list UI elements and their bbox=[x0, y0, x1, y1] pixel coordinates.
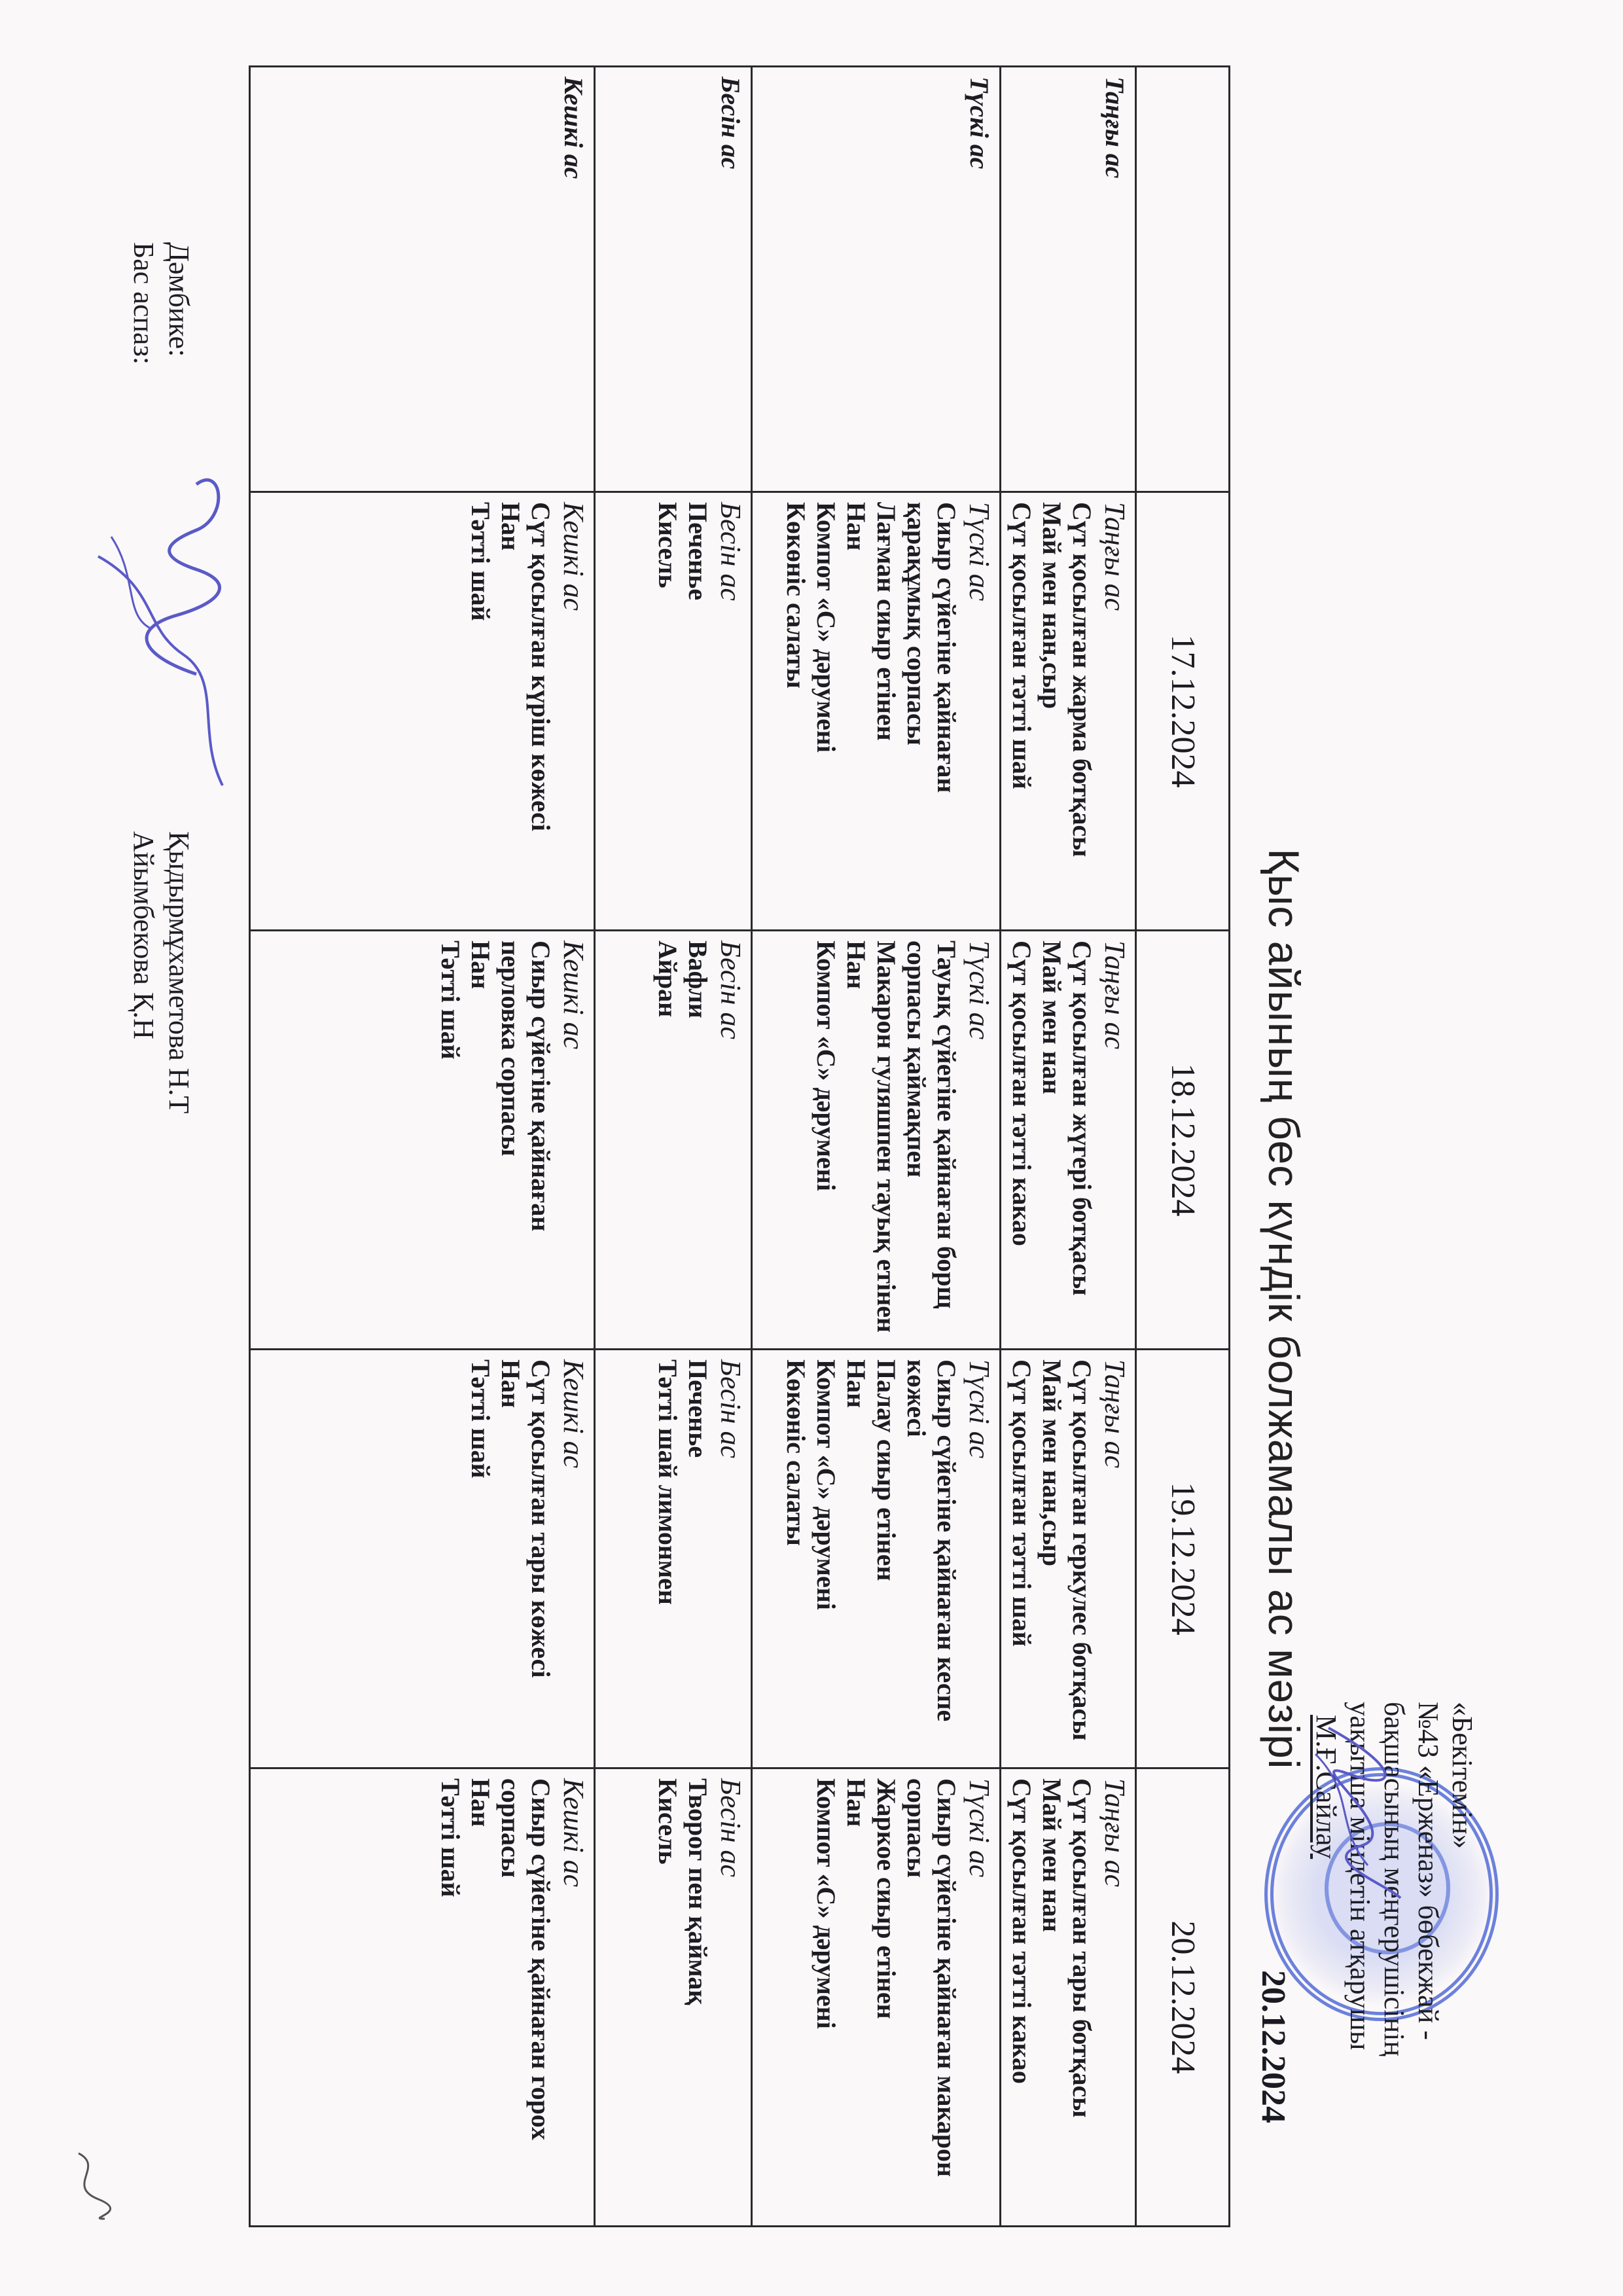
signature-role: Дәмбике: bbox=[161, 242, 196, 439]
meal-heading: Түскі ас bbox=[964, 941, 994, 1339]
menu-table: 17.12.2024 18.12.2024 19.12.2024 20.12.2… bbox=[249, 65, 1230, 2227]
dish-list: Сиыр сүйегіне қайнаған кеспе көжесіПалау… bbox=[781, 1359, 961, 1758]
date-header: 17.12.2024 bbox=[1136, 492, 1230, 931]
meal-label: Бесін ас bbox=[595, 67, 752, 492]
dish-item: Сүт қосылған күріш көжесі bbox=[526, 502, 556, 920]
meal-cell: Таңғы асСүт қосылған жарма ботқасыМай ме… bbox=[1001, 492, 1136, 931]
meal-cell: Кешкі асСүт қосылған тары көжесіНанТәтті… bbox=[250, 1350, 595, 1768]
date-header: 20.12.2024 bbox=[1136, 1768, 1230, 2227]
dish-item: Тәтті шай bbox=[465, 1359, 495, 1758]
dish-item: Творог пен қаймақ bbox=[683, 1778, 713, 2216]
dish-item: Сиыр сүйегіне қайнаған горох сорпасы bbox=[495, 1778, 556, 2216]
meal-heading: Таңғы ас bbox=[1099, 1359, 1130, 1758]
approval-line: «Бекітемін» bbox=[1445, 1702, 1479, 2225]
meal-heading: Бесін ас bbox=[715, 502, 745, 920]
dish-item: Компот «С» дәрумені bbox=[811, 941, 841, 1339]
dish-list: ПеченьеТәтті шай лимонмен bbox=[652, 1359, 713, 1758]
corner-mark-icon bbox=[59, 2147, 118, 2225]
dish-item: Май мен нан,сыр bbox=[1037, 1359, 1067, 1758]
dish-item: Тәтті шай bbox=[435, 1778, 465, 2216]
meal-heading: Кешкі ас bbox=[558, 502, 588, 920]
dish-item: Кисель bbox=[652, 502, 683, 920]
date-header: 19.12.2024 bbox=[1136, 1350, 1230, 1768]
dish-list: Сүт қосылған күріш көжесіНанТәтті шай bbox=[465, 502, 556, 920]
dish-item: Сүт қосылған геркулес ботқасы bbox=[1067, 1359, 1097, 1758]
dish-item: Сүт қосылған тәтті какао bbox=[1007, 1778, 1037, 2216]
meal-heading: Таңғы ас bbox=[1099, 1778, 1130, 2216]
dish-list: Сүт қосылған тары ботқасыМай мен нанСүт … bbox=[1007, 1778, 1097, 2216]
corner-cell bbox=[1136, 67, 1230, 492]
dish-list: Сиыр сүйегіне қайнаған горох сорпасыНанТ… bbox=[435, 1778, 556, 2216]
meal-cell: Бесін асТворог пен қаймақКисель bbox=[595, 1768, 752, 2227]
signature-role: Бас аспаз: bbox=[126, 242, 161, 439]
meal-cell: Кешкі асСиыр сүйегіне қайнаған горох сор… bbox=[250, 1768, 595, 2227]
meal-heading: Бесін ас bbox=[715, 1359, 745, 1758]
dish-item: Палау сиыр етінен bbox=[871, 1359, 901, 1758]
dish-item: Сиыр сүйегіне қайнаған макарон сорпасы bbox=[901, 1778, 961, 2216]
dish-item: Сиыр сүйегіне қайнаған қарақұмық сорпасы bbox=[901, 502, 961, 920]
meal-label: Түскі ас bbox=[752, 67, 1001, 492]
dish-item: Май мен нан bbox=[1037, 941, 1067, 1339]
dish-list: Сиыр сүйегіне қайнаған макарон сорпасыЖа… bbox=[811, 1778, 961, 2216]
dish-item: Көкөніс салаты bbox=[781, 502, 811, 920]
dish-list: Сүт қосылған тары көжесіНанТәтті шай bbox=[465, 1359, 556, 1758]
dish-list: Сүт қосылған геркулес ботқасыМай мен нан… bbox=[1007, 1359, 1097, 1758]
meal-heading: Бесін ас bbox=[715, 1778, 745, 2216]
meal-heading: Түскі ас bbox=[964, 502, 994, 920]
dish-item: Сүт қосылған тары ботқасы bbox=[1067, 1778, 1097, 2216]
dish-list: Творог пен қаймақКисель bbox=[652, 1778, 713, 2216]
dish-item: Макарон гуляшпен тауық етінен bbox=[871, 941, 901, 1339]
dish-item: Нан bbox=[841, 1359, 871, 1758]
meal-row-lunch: Түскі ас Түскі асСиыр сүйегіне қайнаған … bbox=[752, 67, 1001, 2227]
dish-item: Тәтті шай bbox=[435, 941, 465, 1339]
meal-cell: Таңғы асСүт қосылған жүгері ботқасыМай м… bbox=[1001, 931, 1136, 1350]
meal-label: Кешкі ас bbox=[250, 67, 595, 492]
dish-item: Нан bbox=[841, 1778, 871, 2216]
date-header: 18.12.2024 bbox=[1136, 931, 1230, 1350]
meal-cell: Бесін асПеченьеТәтті шай лимонмен bbox=[595, 1350, 752, 1768]
approval-signature-icon bbox=[1296, 1715, 1427, 1911]
meal-cell: Бесін асПеченьеКисель bbox=[595, 492, 752, 931]
dish-item: Көкөніс салаты bbox=[781, 1359, 811, 1758]
approval-date: 20.12.2024 bbox=[1254, 1970, 1293, 2123]
dish-item: Сүт қосылған тәтті шай bbox=[1007, 502, 1037, 920]
meal-cell: Таңғы асСүт қосылған геркулес ботқасыМай… bbox=[1001, 1350, 1136, 1768]
dish-item: Нан bbox=[465, 1778, 495, 2216]
meal-label: Таңғы ас bbox=[1001, 67, 1136, 492]
meal-cell: Таңғы асСүт қосылған тары ботқасыМай мен… bbox=[1001, 1768, 1136, 2227]
handwritten-signature-icon bbox=[85, 458, 236, 798]
dish-list: Тауық сүйегіне қайнаған борщ сорпасы қай… bbox=[811, 941, 961, 1339]
dish-item: Нан bbox=[841, 502, 871, 920]
dish-item: Компот «С» дәрумені bbox=[811, 1359, 841, 1758]
dish-item: Жаркое сиыр етінен bbox=[871, 1778, 901, 2216]
dish-item: Май мен нан bbox=[1037, 1778, 1067, 2216]
dish-item: Сүт қосылған тәтті какао bbox=[1007, 941, 1037, 1339]
meal-heading: Түскі ас bbox=[964, 1359, 994, 1758]
dish-item: Тауық сүйегіне қайнаған борщ сорпасы қай… bbox=[901, 941, 961, 1339]
dish-list: ПеченьеКисель bbox=[652, 502, 713, 920]
meal-heading: Түскі ас bbox=[964, 1778, 994, 2216]
meal-cell: Түскі асСиыр сүйегіне қайнаған кеспе көж… bbox=[752, 1350, 1001, 1768]
meal-heading: Бесін ас bbox=[715, 941, 745, 1339]
date-header-row: 17.12.2024 18.12.2024 19.12.2024 20.12.2… bbox=[1136, 67, 1230, 2227]
dish-item: Сүт қосылған тары көжесі bbox=[526, 1359, 556, 1758]
meal-heading: Таңғы ас bbox=[1099, 941, 1130, 1339]
meal-heading: Таңғы ас bbox=[1099, 502, 1130, 920]
dish-item: Сүт қосылған жүгері ботқасы bbox=[1067, 941, 1097, 1339]
dish-item: Вафли bbox=[683, 941, 713, 1339]
dish-item: Нан bbox=[465, 941, 495, 1339]
dish-list: Сүт қосылған жарма ботқасыМай мен нан,сы… bbox=[1007, 502, 1097, 920]
meal-cell: Түскі асСиыр сүйегіне қайнаған макарон с… bbox=[752, 1768, 1001, 2227]
meal-cell: Бесін асВафлиАйран bbox=[595, 931, 752, 1350]
dish-item: Май мен нан,сыр bbox=[1037, 502, 1067, 920]
dish-item: Сиыр сүйегіне қайнаған кеспе көжесі bbox=[901, 1359, 961, 1758]
meal-row-dinner: Кешкі ас Кешкі асСүт қосылған күріш көже… bbox=[250, 67, 595, 2227]
dish-list: Сиыр сүйегіне қайнаған қарақұмық сорпасы… bbox=[781, 502, 961, 920]
dish-item: Сүт қосылған тәтті шай bbox=[1007, 1359, 1037, 1758]
dish-item: Лағман сиыр етінен bbox=[871, 502, 901, 920]
dish-item: Компот «С» дәрумені bbox=[811, 502, 841, 920]
meal-heading: Кешкі ас bbox=[558, 941, 588, 1339]
meal-row-snack: Бесін ас Бесін асПеченьеКисель Бесін асВ… bbox=[595, 67, 752, 2227]
dish-item: Сүт қосылған жарма ботқасы bbox=[1067, 502, 1097, 920]
dish-item: Печенье bbox=[683, 1359, 713, 1758]
dish-list: Сүт қосылған жүгері ботқасыМай мен нанСү… bbox=[1007, 941, 1097, 1339]
meal-heading: Кешкі ас bbox=[558, 1359, 588, 1758]
dish-item: Нан bbox=[841, 941, 871, 1339]
meal-row-breakfast: Таңғы ас Таңғы асСүт қосылған жарма ботқ… bbox=[1001, 67, 1136, 2227]
meal-cell: Түскі асТауық сүйегіне қайнаған борщ сор… bbox=[752, 931, 1001, 1350]
dish-list: Сиыр сүйегіне қайнаған перловка сорпасыН… bbox=[435, 941, 556, 1339]
dish-list: ВафлиАйран bbox=[652, 941, 713, 1339]
meal-cell: Кешкі асСүт қосылған күріш көжесіНанТәтт… bbox=[250, 492, 595, 931]
menu-document-page: Қыс айының бес күндік болжамалы ас мәзір… bbox=[0, 0, 1623, 2296]
dish-item: Айран bbox=[652, 941, 683, 1339]
dish-item: Сиыр сүйегіне қайнаған перловка сорпасы bbox=[495, 941, 556, 1339]
meal-cell: Кешкі асСиыр сүйегіне қайнаған перловка … bbox=[250, 931, 595, 1350]
dish-item: Нан bbox=[495, 502, 526, 920]
meal-cell: Түскі асСиыр сүйегіне қайнаған қарақұмық… bbox=[752, 492, 1001, 931]
dish-item: Нан bbox=[495, 1359, 526, 1758]
dish-item: Компот «С» дәрумені bbox=[811, 1778, 841, 2216]
meal-heading: Кешкі ас bbox=[558, 1778, 588, 2216]
dish-item: Кисель bbox=[652, 1778, 683, 2216]
dish-item: Тәтті шай лимонмен bbox=[652, 1359, 683, 1758]
dish-item: Тәтті шай bbox=[465, 502, 495, 920]
dish-item: Печенье bbox=[683, 502, 713, 920]
